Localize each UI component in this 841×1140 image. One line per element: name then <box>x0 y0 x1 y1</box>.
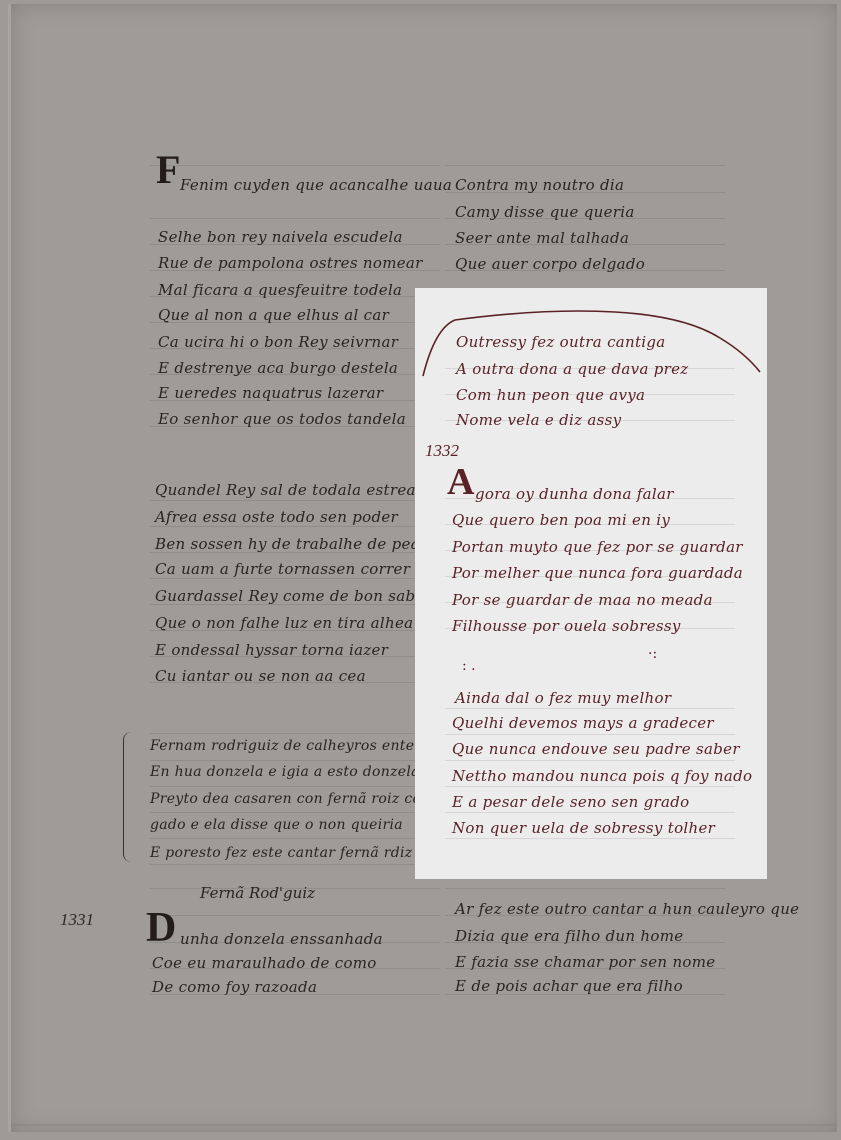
verse-line: Cu iantar ou se non aa cea <box>155 667 366 685</box>
verse-line: Dizia que era filho dun home <box>455 927 683 945</box>
folio-number: 1331 <box>60 910 94 930</box>
rubric-line: Nome vela e diz assy <box>456 411 621 429</box>
verse-line: unha donzela enssanhada <box>180 930 383 948</box>
rubric-line: Outressy fez outra cantiga <box>456 333 666 351</box>
verse-line: E destrenye aca burgo destela <box>158 359 398 377</box>
verse-line: Ben sossen hy de trabalhe de pea <box>155 535 420 553</box>
verse-line: Quelhi devemos mays a gradecer <box>452 714 714 732</box>
verse-line: Filhousse por ouela sobressy <box>452 617 681 635</box>
verse-line: Que quero ben poa mi en iy <box>452 511 670 529</box>
verse-line: Seer ante mal talhada <box>455 229 629 247</box>
verse-line: Quandel Rey sal de todala estrea <box>155 481 416 499</box>
verse-line: Ar fez este outro cantar a hun cauleyro … <box>455 900 799 918</box>
verse-line: Nettho mandou nunca pois q foy nado <box>452 767 752 785</box>
rubric-line: En hua donzela e igia a esto donzela <box>150 764 420 780</box>
verse-line: Coe eu maraulhado de como <box>152 954 377 972</box>
verse-line: Rue de pampolona ostres nomear <box>158 254 423 272</box>
verse-line: gora oy dunha dona falar <box>475 485 674 503</box>
ink-dots: : . <box>462 658 476 674</box>
verse-line: E ueredes naquatrus lazerar <box>158 384 383 402</box>
verse-line: E a pesar dele seno sen grado <box>452 793 690 811</box>
rubric-line: Com hun peon que avya <box>456 386 645 404</box>
verse-line: E fazia sse chamar por sen nome <box>455 953 715 971</box>
rubric-line: E poresto fez este cantar fernã rdiz ass… <box>150 845 449 861</box>
verse-line: Ca uam a furte tornassen correr <box>155 560 410 578</box>
verse-line: Por melher que nunca fora guardada <box>452 564 743 582</box>
rubric-line: gado e ela disse que o non queiria <box>150 817 403 833</box>
verse-line: E de pois achar que era filho <box>455 977 683 995</box>
author-heading: Fernã Rod'guiz <box>200 884 315 902</box>
page-edge <box>11 1124 837 1126</box>
initial-d: D <box>146 904 176 952</box>
folio-number: 1332 <box>425 441 459 461</box>
verse-line: Ca ucira hi o bon Rey seivrnar <box>158 333 398 351</box>
verse-line: E ondessal hyssar torna iazer <box>155 641 388 659</box>
verse-line: Ainda dal o fez muy melhor <box>455 689 671 707</box>
verse-line: Fenim cuyden que acancalhe uaua <box>180 176 452 194</box>
verse-line: Contra my noutro dia <box>455 176 624 194</box>
initial-a: A <box>447 460 474 504</box>
verse-line: Camy disse que queria <box>455 203 635 221</box>
verse-line: Non quer uela de sobressy tolher <box>452 819 715 837</box>
verse-line: De como foy razoada <box>152 978 317 996</box>
verse-line: Mal ficara a quesfeuitre todela <box>158 281 402 299</box>
verse-line: Que o non falhe luz en tira alhea <box>155 614 413 632</box>
ink-dots: ·: <box>648 646 657 662</box>
rubric-bracket <box>123 732 134 862</box>
verse-line: Portan muyto que fez por se guardar <box>452 538 743 556</box>
rubric-line: Fernam rodriguiz de calheyros entendia <box>150 738 446 754</box>
initial-f: F <box>156 146 180 193</box>
verse-line: Por se guardar de maa no meada <box>452 591 713 609</box>
verse-line: Eo senhor que os todos tandela <box>158 410 406 428</box>
verse-line: Que nunca endouve seu padre saber <box>452 740 740 758</box>
verse-line: Que al non a que elhus al car <box>158 306 389 324</box>
verse-line: Que auer corpo delgado <box>455 255 645 273</box>
verse-line: Guardassel Rey come de bon saber <box>155 587 432 605</box>
rubric-line: A outra dona a que dava prez <box>456 360 689 378</box>
verse-line: Selhe bon rey naivela escudela <box>158 228 403 246</box>
verse-line: Afrea essa oste todo sen poder <box>155 508 398 526</box>
